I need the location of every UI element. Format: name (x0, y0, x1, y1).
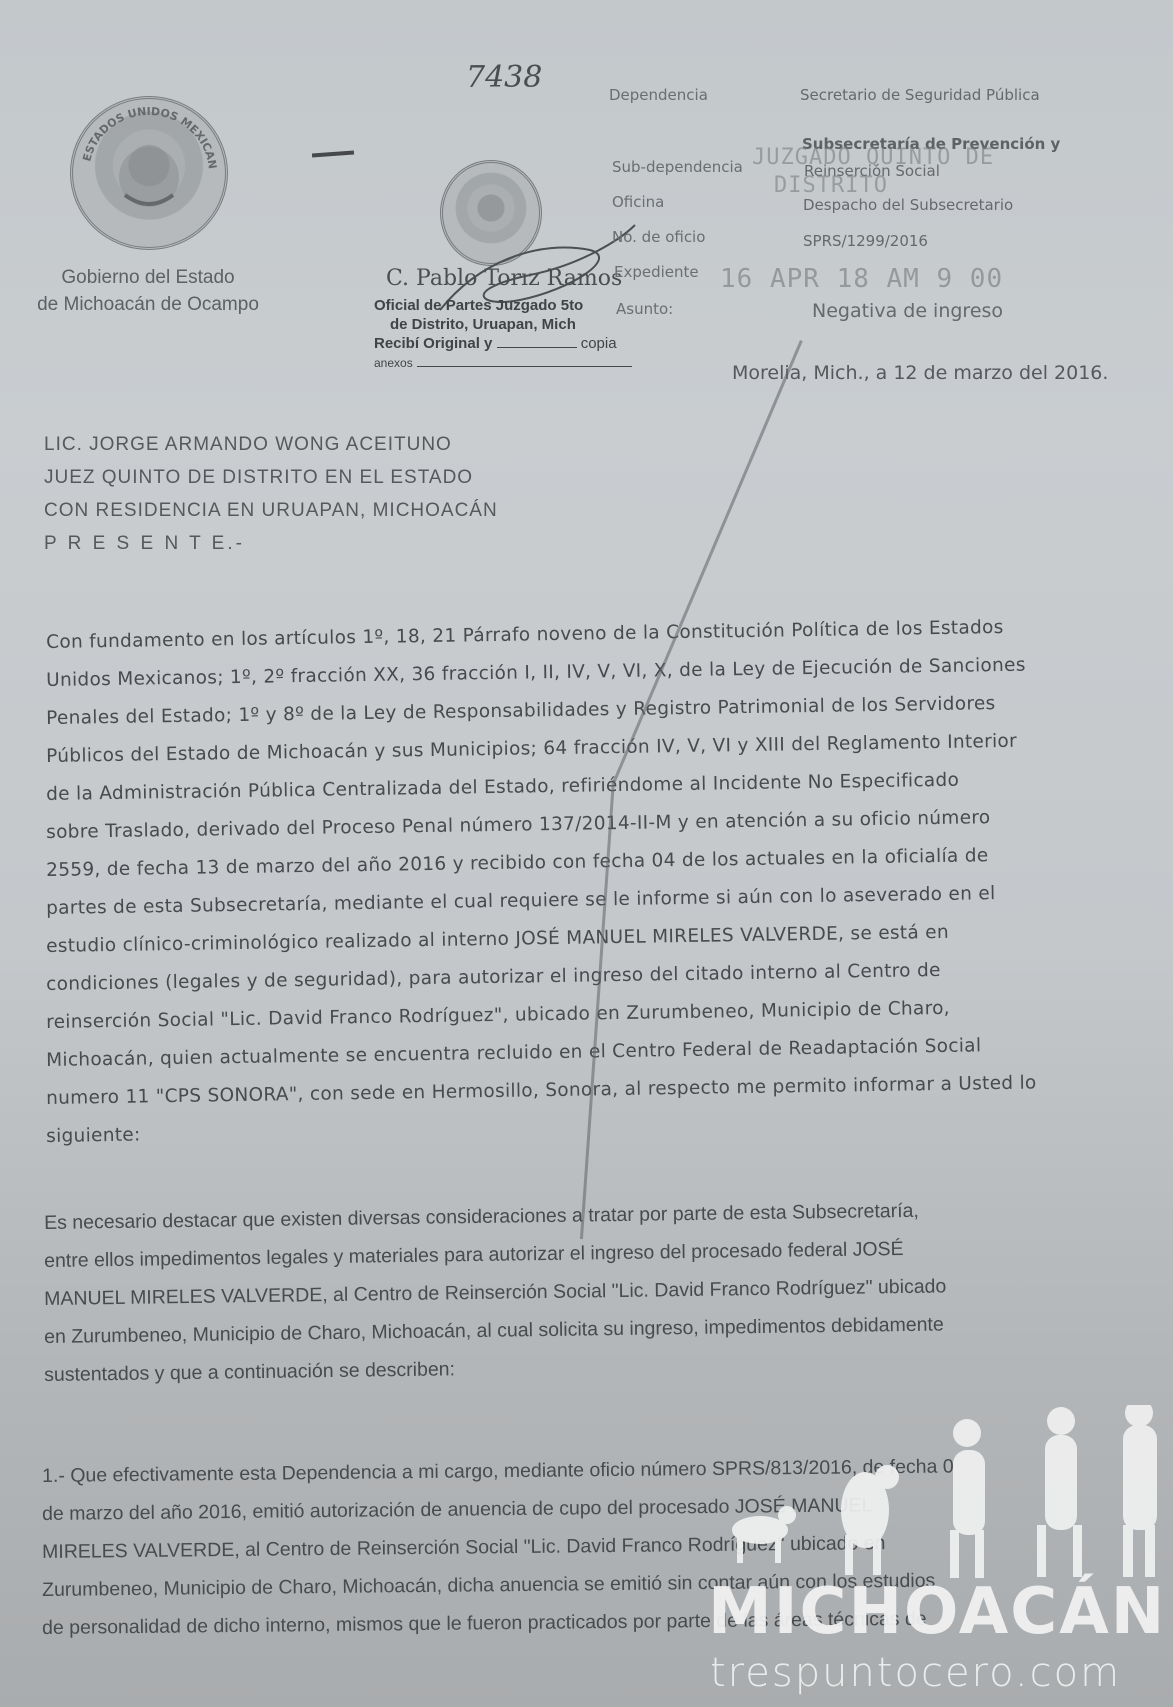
label-dependencia: Dependencia (609, 86, 708, 104)
value-no-oficio: SPRS/1299/2016 (803, 232, 928, 250)
label-subdependencia: Sub-dependencia (612, 158, 743, 176)
paragraph-line: de la Administración Pública Centralizad… (46, 770, 959, 805)
paragraph-line: siguiente: (46, 1125, 141, 1147)
paragraph-line: sobre Traslado, derivado del Proceso Pen… (46, 807, 991, 843)
receipt-line-2: de Distrito, Uruapan, Mich (374, 315, 632, 334)
receipt-line-3: Recibí Original y copia (374, 334, 632, 353)
label-oficina: Oficina (612, 193, 664, 211)
receipt-line-4: anexos (374, 353, 632, 373)
value-oficina: Despacho del Subsecretario (803, 196, 1013, 214)
watermark-title: MICHOACÁN (708, 1575, 1166, 1649)
government-line-1: Gobierno del Estado (28, 264, 268, 291)
receipt-signer: C. Pablo Torız Ramos (386, 266, 622, 291)
paragraph-line: Con fundamento en los artículos 1º, 18, … (46, 617, 1004, 653)
label-asunto: Asunto: (616, 300, 673, 318)
received-datetime-stamp: 16 APR 18 AM 9 00 (720, 264, 1003, 294)
paragraph-line: reinserción Social "Lic. David Franco Ro… (46, 998, 950, 1033)
paragraph-line: condiciones (legales y de seguridad), pa… (46, 960, 941, 995)
paragraph-line: Unidos Mexicanos; 1º, 2º fracción XX, 36… (46, 655, 1026, 691)
paragraph-line: 2559, de fecha 13 de marzo del año 2016 … (46, 845, 989, 881)
court-stamp-line-1: JUZGADO QUINTO DE (752, 145, 994, 170)
recipient-line: JUEZ QUINTO DE DISTRITO EN EL ESTADO (44, 461, 498, 494)
paragraph-line: Públicos del Estado de Michoacán y sus M… (46, 731, 1017, 767)
paragraph-line: estudio clínico-criminológico realizado … (46, 922, 949, 957)
recipient-line: CON RESIDENCIA EN URUAPAN, MICHOACÁN (44, 494, 498, 527)
paragraph-line: sustentados y que a continuación se desc… (44, 1358, 455, 1387)
paragraph-line: Es necesario destacar que existen divers… (44, 1200, 919, 1235)
paragraph-line: en Zurumbeneo, Municipio de Charo, Micho… (44, 1313, 944, 1349)
paragraph-line: Penales del Estado; 1º y 8º de la Ley de… (46, 693, 996, 729)
receipt-line-1: Oficial de Partes Juzgado 5to (374, 296, 632, 315)
pen-mark (312, 151, 354, 158)
government-line-2: de Michoacán de Ocampo (28, 291, 268, 318)
court-stamp-line-2: DISTRITO (774, 173, 888, 198)
receipt-stamp: Oficial de Partes Juzgado 5to de Distrit… (374, 296, 632, 373)
value-dependencia: Secretario de Seguridad Pública (800, 86, 1040, 104)
recipient-line: LIC. JORGE ARMANDO WONG ACEITUNO (44, 428, 498, 461)
paragraph-line: MANUEL MIRELES VALVERDE, al Centro de Re… (44, 1275, 946, 1311)
paragraph-line: entre ellos impedimentos legales y mater… (44, 1238, 904, 1273)
government-name: Gobierno del Estado de Michoacán de Ocam… (28, 264, 268, 318)
recipient-block: LIC. JORGE ARMANDO WONG ACEITUNO JUEZ QU… (44, 428, 498, 560)
value-asunto: Negativa de ingreso (812, 300, 1003, 322)
watermark-url: trespuntocero.com (710, 1650, 1121, 1696)
mexican-coat-of-arms-seal-icon: ESTADOS UNIDOS MEXICANOS (70, 96, 228, 250)
recipient-line: P R E S E N T E.- (44, 527, 498, 560)
seal-ring-svg: ESTADOS UNIDOS MEXICANOS (73, 99, 225, 247)
paragraph-line: numero 11 "CPS SONORA", con sede en Herm… (46, 1072, 1037, 1109)
evolution-silhouettes-logo-icon (705, 1405, 1173, 1580)
label-no-oficio: No. de oficio (612, 228, 705, 246)
label-expediente: Expediente (614, 263, 699, 281)
paragraph-line: Michoacán, quien actualmente se encuentr… (46, 1035, 981, 1071)
paragraph-line: partes de esta Subsecretaría, mediante e… (46, 883, 996, 919)
handwritten-folio-number: 7438 (466, 60, 542, 95)
